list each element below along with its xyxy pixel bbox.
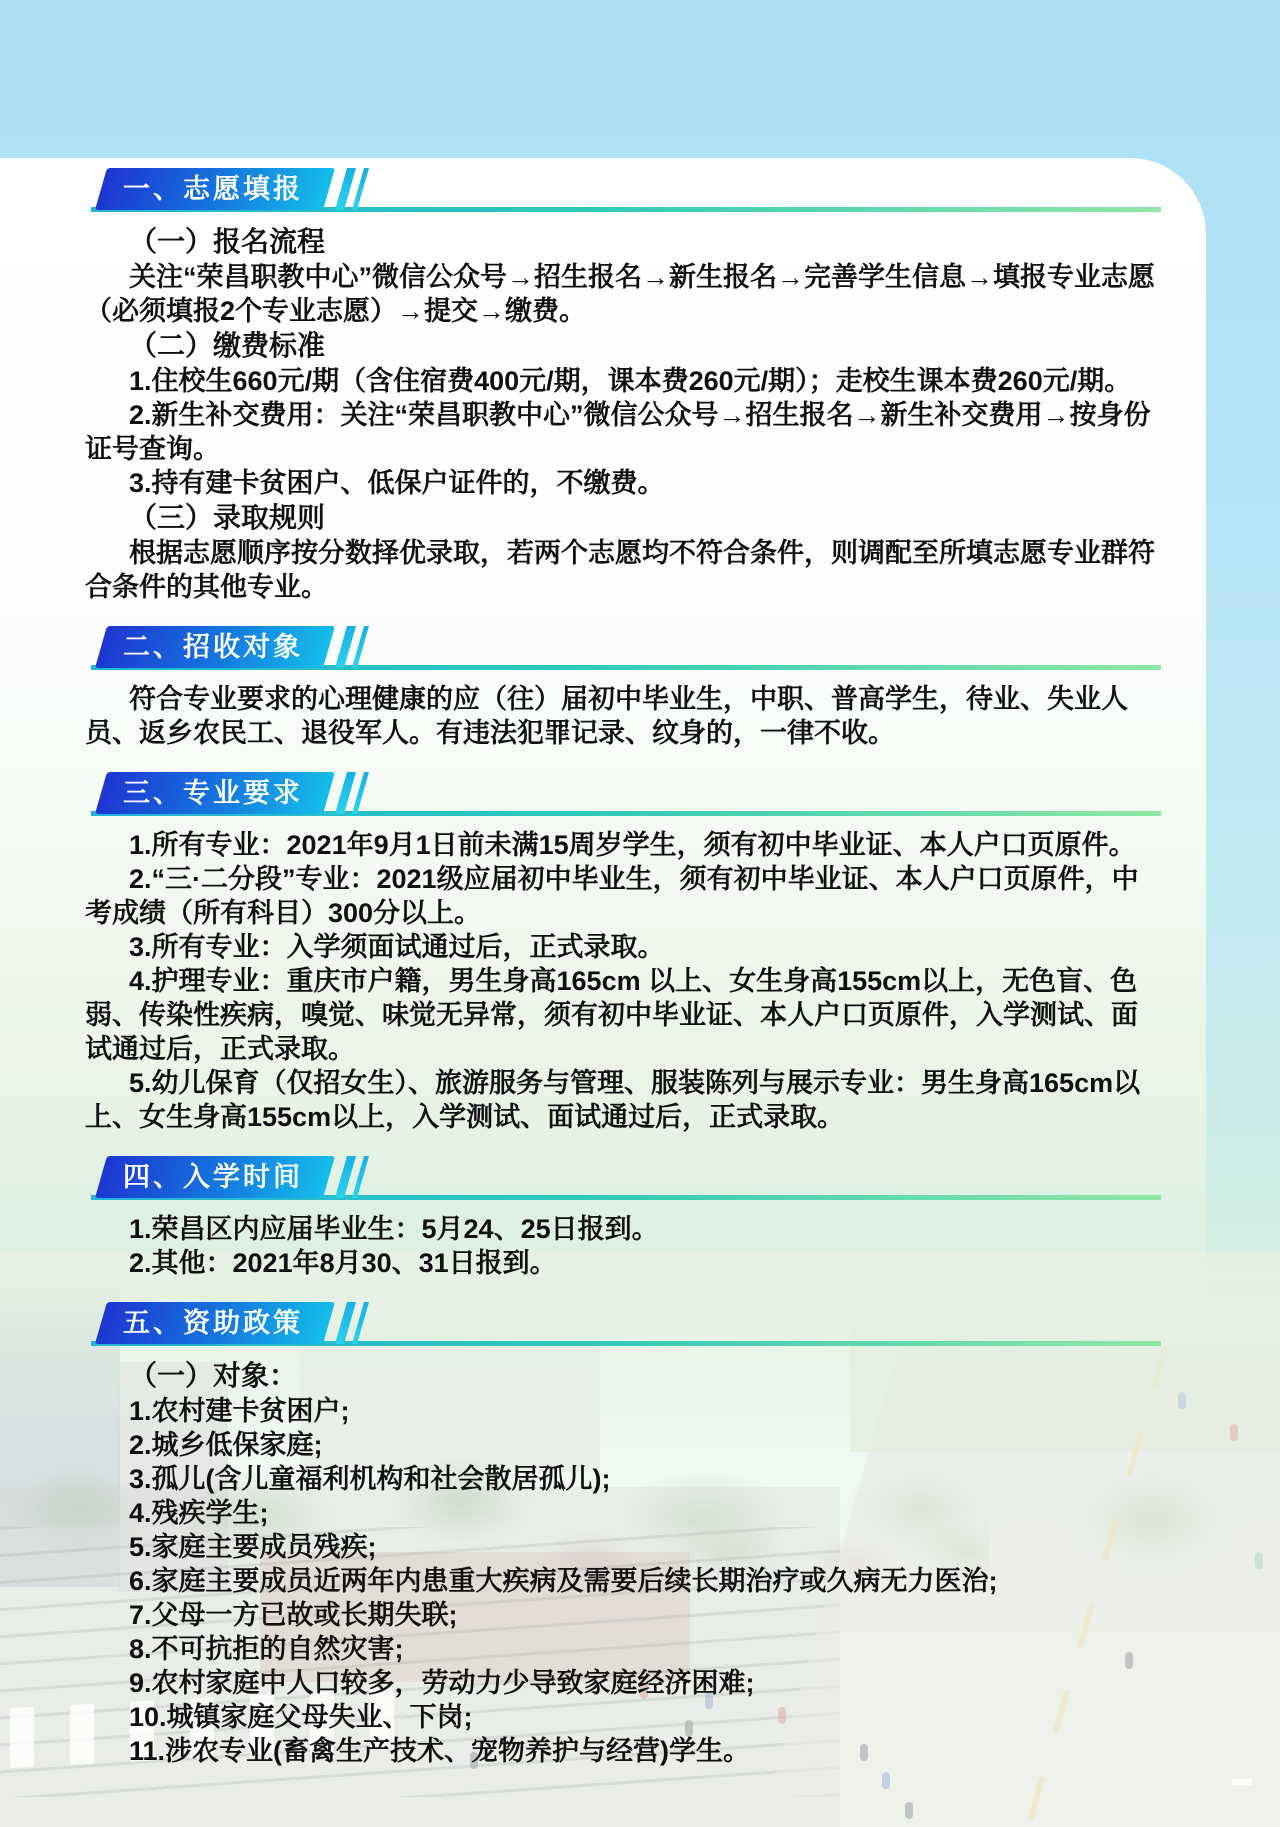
paragraph: 5.幼儿保育（仅招女生）、旅游服务与管理、服装陈列与展示专业：男生身高165cm…: [85, 1066, 1161, 1134]
banner-stripe-icon: [352, 1302, 369, 1344]
subheading: （三）录取规则: [85, 500, 1161, 536]
section-banner-label: 二、招收对象: [123, 626, 303, 668]
subheading: （一）报名流程: [85, 224, 1161, 260]
section-banner-row: 三、专业要求: [85, 772, 1161, 814]
content-area: 一、志愿填报 （一）报名流程 关注“荣昌职教中心”微信公众号→招生报名→新生报名…: [0, 158, 1206, 1768]
paragraph: 1.所有专业：2021年9月1日前未满15周岁学生，须有初中毕业证、本人户口页原…: [85, 828, 1161, 862]
section-banner-label: 四、入学时间: [123, 1156, 303, 1198]
paragraph: 3.所有专业：入学须面试通过后，正式录取。: [85, 930, 1161, 964]
list-item: 11.涉农专业(畜禽生产技术、宠物养护与经营)学生。: [85, 1734, 1161, 1768]
section-enrollment-time: 四、入学时间 1.荣昌区内应届毕业生：5月24、25日报到。 2.其他：2021…: [85, 1156, 1161, 1280]
paragraph: 根据志愿顺序按分数择优录取，若两个志愿均不符合条件，则调配至所填志愿专业群符合条…: [85, 536, 1161, 604]
section-banner-label: 一、志愿填报: [123, 168, 303, 210]
subheading: （一）对象：: [85, 1358, 1161, 1394]
list-item: 6.家庭主要成员近两年内患重大疾病及需要后续长期治疗或久病无力医治;: [85, 1564, 1161, 1598]
list-item: 4.残疾学生;: [85, 1496, 1161, 1530]
paragraph: 4.护理专业：重庆市户籍，男生身高165cm 以上、女生身高155cm以上，无色…: [85, 964, 1161, 1066]
list-item: 8.不可抗拒的自然灾害;: [85, 1632, 1161, 1666]
banner-stripe-icon: [352, 626, 369, 668]
paragraph: 符合专业要求的心理健康的应（往）届初中毕业生，中职、普高学生，待业、失业人员、返…: [85, 682, 1161, 750]
section-banner: 三、专业要求: [95, 772, 335, 814]
banner-stripe-icon: [352, 1156, 369, 1198]
section-banner-label: 三、专业要求: [123, 772, 303, 814]
paragraph: 1.住校生660元/期（含住宿费400元/期，课本费260元/期）；走校生课本费…: [85, 364, 1161, 398]
list-item: 7.父母一方已故或长期失联;: [85, 1598, 1161, 1632]
list-item: 5.家庭主要成员残疾;: [85, 1530, 1161, 1564]
paragraph: 关注“荣昌职教中心”微信公众号→招生报名→新生报名→完善学生信息→填报专业志愿（…: [85, 260, 1161, 328]
section-banner-row: 二、招收对象: [85, 626, 1161, 668]
paragraph: 2.新生补交费用：关注“荣昌职教中心”微信公众号→招生报名→新生补交费用→按身份…: [85, 398, 1161, 466]
section-requirements: 三、专业要求 1.所有专业：2021年9月1日前未满15周岁学生，须有初中毕业证…: [85, 772, 1161, 1134]
section-banner-label: 五、资助政策: [123, 1302, 303, 1344]
section-banner: 四、入学时间: [95, 1156, 335, 1198]
content-card: 一、志愿填报 （一）报名流程 关注“荣昌职教中心”微信公众号→招生报名→新生报名…: [0, 158, 1206, 1827]
list-item: 3.孤儿(含儿童福利机构和社会散居孤儿);: [85, 1462, 1161, 1496]
poster-page: 一、志愿填报 （一）报名流程 关注“荣昌职教中心”微信公众号→招生报名→新生报名…: [0, 0, 1280, 1827]
banner-stripe-icon: [352, 168, 369, 210]
subheading: （二）缴费标准: [85, 328, 1161, 364]
section-banner-row: 五、资助政策: [85, 1302, 1161, 1344]
section-banner-row: 四、入学时间: [85, 1156, 1161, 1198]
section-application: 一、志愿填报 （一）报名流程 关注“荣昌职教中心”微信公众号→招生报名→新生报名…: [85, 168, 1161, 604]
section-banner: 五、资助政策: [95, 1302, 335, 1344]
section-targets: 二、招收对象 符合专业要求的心理健康的应（往）届初中毕业生，中职、普高学生，待业…: [85, 626, 1161, 750]
list-item: 2.城乡低保家庭;: [85, 1428, 1161, 1462]
list-item: 9.农村家庭中人口较多，劳动力少导致家庭经济困难;: [85, 1666, 1161, 1700]
banner-stripe-icon: [352, 772, 369, 814]
list-item: 1.农村建卡贫困户;: [85, 1394, 1161, 1428]
paragraph: 1.荣昌区内应届毕业生：5月24、25日报到。: [85, 1212, 1161, 1246]
section-banner: 二、招收对象: [95, 626, 335, 668]
paragraph: 2.其他：2021年8月30、31日报到。: [85, 1246, 1161, 1280]
section-funding-policy: 五、资助政策 （一）对象： 1.农村建卡贫困户; 2.城乡低保家庭; 3.孤儿(…: [85, 1302, 1161, 1768]
paragraph: 2.“三·二分段”专业：2021级应届初中毕业生，须有初中毕业证、本人户口页原件…: [85, 862, 1161, 930]
section-banner: 一、志愿填报: [95, 168, 335, 210]
list-item: 10.城镇家庭父母失业、下岗;: [85, 1700, 1161, 1734]
paragraph: 3.持有建卡贫困户、低保户证件的，不缴费。: [85, 466, 1161, 500]
section-banner-row: 一、志愿填报: [85, 168, 1161, 210]
